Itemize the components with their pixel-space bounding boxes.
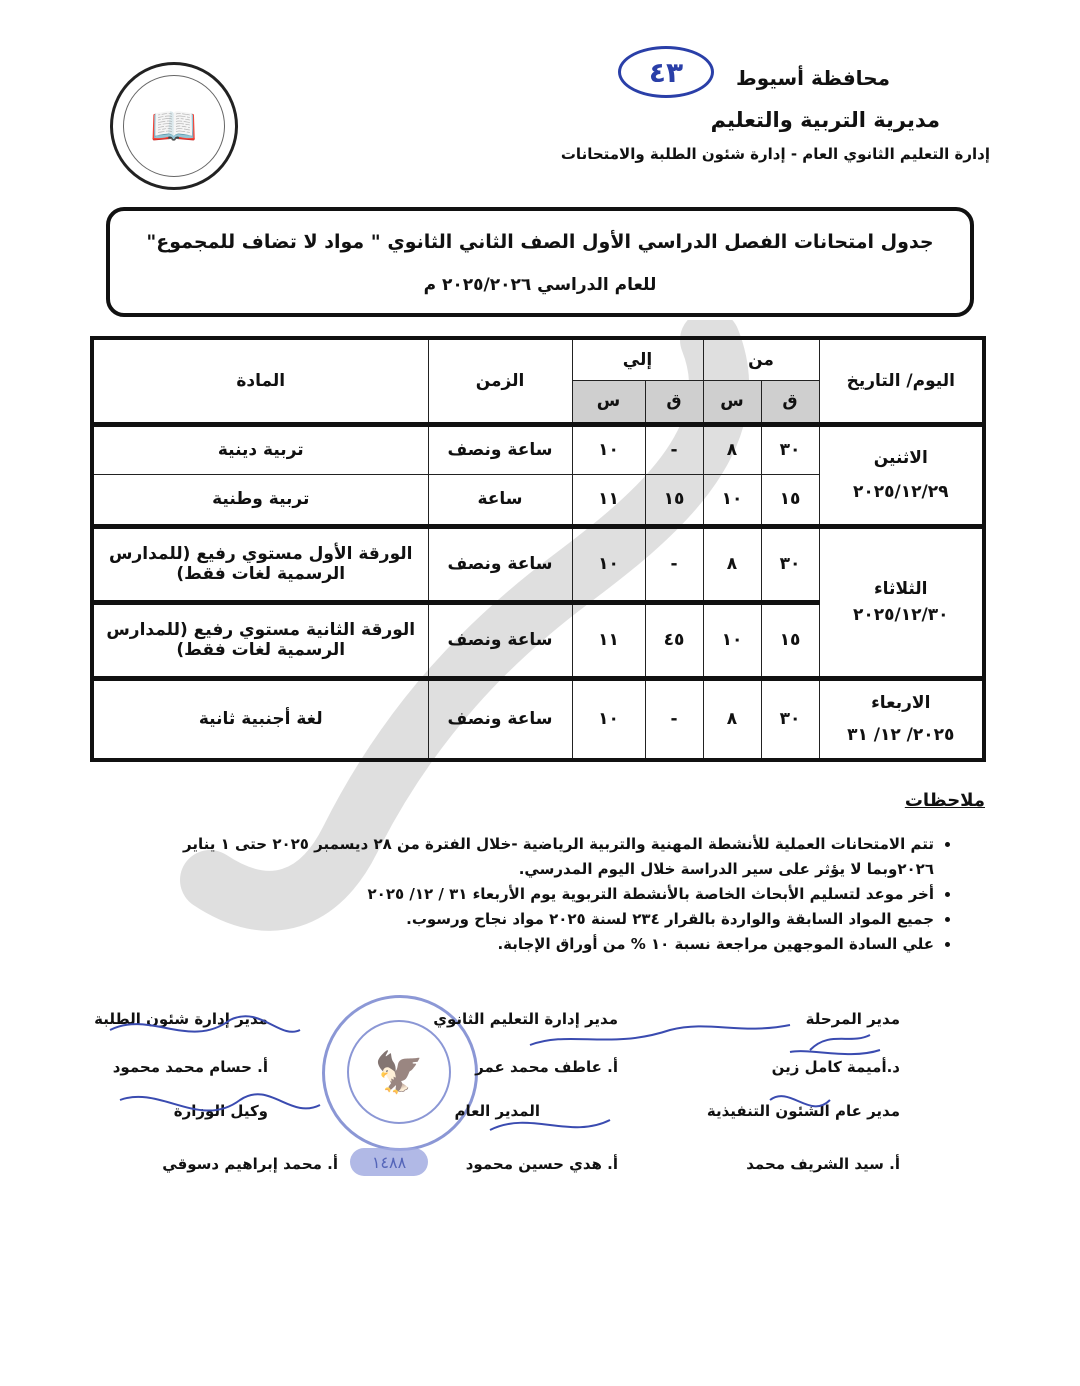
- to-minute: -: [645, 678, 703, 760]
- note-item: تتم الامتحانات العملية للأنشطة المهنية و…: [160, 832, 934, 882]
- header-day-date: اليوم/ التاريخ: [819, 338, 984, 424]
- day-name: الثلاثاء: [824, 579, 979, 599]
- subject: الورقة الثانية مستوي رفيع (للمدارس الرسم…: [92, 602, 428, 678]
- page-number-badge: ٤٣: [618, 46, 714, 98]
- duration: ساعة ونصف: [428, 602, 572, 678]
- to-minute: -: [645, 526, 703, 602]
- exam-date: ٢٠٢٥/١٢/٣٠: [824, 605, 979, 625]
- from-hour: ٨: [703, 678, 761, 760]
- from-minute: ٣٠: [761, 424, 819, 474]
- subject: تربية دينية: [92, 424, 428, 474]
- header-to-hour: س: [572, 380, 645, 424]
- book-emblem-icon: 📖: [123, 75, 225, 177]
- day-name: الاربعاء: [824, 693, 979, 713]
- header-from-hour: س: [703, 380, 761, 424]
- header-from-minute: ق: [761, 380, 819, 424]
- table-header-row: اليوم/ التاريخ من إلي الزمن المادة: [92, 338, 984, 380]
- note-item: جميع المواد السابقة والواردة بالقرار ٢٣٤…: [160, 907, 934, 932]
- from-minute: ١٥: [761, 602, 819, 678]
- day-date-cell: الاثنين ٢٠٢٥/١٢/٢٩: [819, 424, 984, 526]
- note-item: علي السادة الموجهين مراجعة نسبة ١٠ % من …: [160, 932, 934, 957]
- page-title: جدول امتحانات الفصل الدراسي الأول الصف ا…: [110, 231, 970, 253]
- title-box: جدول امتحانات الفصل الدراسي الأول الصف ا…: [106, 207, 974, 317]
- to-hour: ١٠: [572, 678, 645, 760]
- from-minute: ١٥: [761, 474, 819, 526]
- from-hour: ٨: [703, 526, 761, 602]
- subject: تربية وطنية: [92, 474, 428, 526]
- duration: ساعة ونصف: [428, 424, 572, 474]
- exam-schedule-table: اليوم/ التاريخ من إلي الزمن المادة ق س ق…: [90, 336, 986, 762]
- duration: ساعة ونصف: [428, 678, 572, 760]
- directorate-logo: 📖: [110, 62, 238, 190]
- header-to: إلي: [572, 338, 703, 380]
- from-hour: ٨: [703, 424, 761, 474]
- from-minute: ٣٠: [761, 678, 819, 760]
- exam-date: ٢٠٢٥/١٢/٢٩: [824, 482, 979, 502]
- to-minute: ١٥: [645, 474, 703, 526]
- to-hour: ١٠: [572, 526, 645, 602]
- table-row: الثلاثاء ٢٠٢٥/١٢/٣٠ ٣٠ ٨ - ١٠ ساعة ونصف …: [92, 526, 984, 602]
- header-duration: الزمن: [428, 338, 572, 424]
- academic-year: للعام الدراسي ٢٠٢٥/٢٠٢٦ م: [110, 275, 970, 295]
- to-hour: ١١: [572, 602, 645, 678]
- from-hour: ١٠: [703, 474, 761, 526]
- header-from: من: [703, 338, 819, 380]
- to-minute: -: [645, 424, 703, 474]
- governorate-name: محافظة أسيوط: [736, 66, 890, 90]
- table-row: الاربعاء ٢٠٢٥/ ١٢/ ٣١ ٣٠ ٨ - ١٠ ساعة ونص…: [92, 678, 984, 760]
- day-name: الاثنين: [824, 448, 979, 468]
- header-to-minute: ق: [645, 380, 703, 424]
- subject: لغة أجنبية ثانية: [92, 678, 428, 760]
- duration: ساعة: [428, 474, 572, 526]
- note-item: أخر موعد لتسليم الأبحاث الخاصة بالأنشطة …: [160, 882, 934, 907]
- to-minute: ٤٥: [645, 602, 703, 678]
- subject: الورقة الأول مستوي رفيع (للمدارس الرسمية…: [92, 526, 428, 602]
- day-date-cell: الثلاثاء ٢٠٢٥/١٢/٣٠: [819, 526, 984, 678]
- exam-date: ٢٠٢٥/ ١٢/ ٣١: [824, 725, 979, 745]
- to-hour: ١١: [572, 474, 645, 526]
- handwritten-signatures: [90, 990, 920, 1180]
- notes-title: ملاحظات: [905, 790, 985, 811]
- header-subject: المادة: [92, 338, 428, 424]
- day-date-cell: الاربعاء ٢٠٢٥/ ١٢/ ٣١: [819, 678, 984, 760]
- department-name: إدارة التعليم الثانوي العام - إدارة شئون…: [561, 145, 990, 163]
- duration: ساعة ونصف: [428, 526, 572, 602]
- to-hour: ١٠: [572, 424, 645, 474]
- directorate-name: مديرية التربية والتعليم: [711, 108, 940, 132]
- from-hour: ١٠: [703, 602, 761, 678]
- from-minute: ٣٠: [761, 526, 819, 602]
- notes-list: تتم الامتحانات العملية للأنشطة المهنية و…: [160, 832, 960, 957]
- table-row: الاثنين ٢٠٢٥/١٢/٢٩ ٣٠ ٨ - ١٠ ساعة ونصف ت…: [92, 424, 984, 474]
